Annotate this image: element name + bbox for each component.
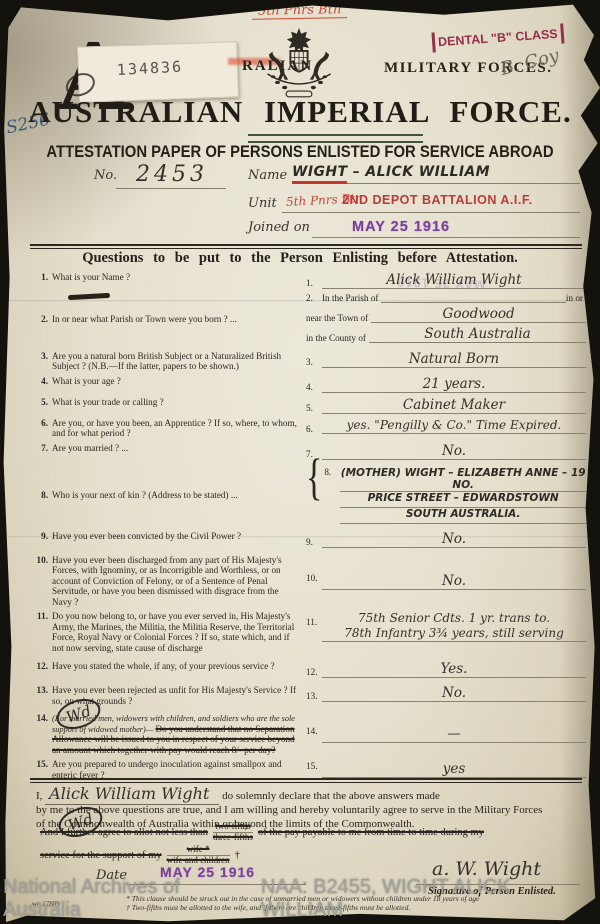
a11-number: 11. <box>306 611 322 642</box>
q8-number: 8. <box>30 490 52 500</box>
title-underline <box>248 134 423 143</box>
q3-number: 3. <box>30 351 52 372</box>
a4-answer: 21 years. <box>322 376 586 393</box>
option-three-fifths: three-fifths <box>213 833 253 843</box>
a3-number: 3. <box>306 351 322 368</box>
q12-text: Have you stated the whole, if any, of yo… <box>52 661 300 671</box>
declaration-line1: do solemnly declare that the above answe… <box>222 790 440 802</box>
q10-number: 10. <box>30 555 52 607</box>
q8-text: Who is your next of kin ? (Address to be… <box>52 490 300 500</box>
q4-text: What is your age ? <box>52 376 300 386</box>
attestation-document: 5th Pnrs Btn A 134836 RALIAN MILITARY FO… <box>0 0 600 924</box>
q1-text: What is your Name ? <box>52 272 300 282</box>
a5-answer: Cabinet Maker <box>322 397 586 414</box>
question-row-10: 10.Have you ever been discharged from an… <box>30 555 586 607</box>
q2-number: 2. <box>30 314 52 324</box>
question-row-11: 11.Do you now belong to, or have you eve… <box>30 611 586 653</box>
a2-parish-value <box>381 302 566 303</box>
joined-date-stamp: MAY 25 1916 <box>352 219 450 235</box>
a12-answer: Yes. <box>322 661 586 678</box>
questions-list: 1.What is your Name ? 1.Alick William Wi… <box>30 272 586 784</box>
q9-text: Have you ever been convicted by the Civi… <box>52 531 300 541</box>
no-value: 2453 <box>136 162 208 187</box>
a5-number: 5. <box>306 397 322 414</box>
a12-number: 12. <box>306 661 322 678</box>
section-divider <box>30 244 582 249</box>
a2-parish-suffix: in or <box>566 293 586 303</box>
a8-line2: PRICE STREET – EDWARDSTOWN <box>340 492 586 508</box>
unit-stamp: 2ND DEPOT BATTALION A.I.F. <box>342 193 533 207</box>
page-title: AUSTRALIAN IMPERIAL FORCE. <box>0 94 600 130</box>
a2-parish-label: In the Parish of <box>322 293 381 303</box>
unit-label: Unit <box>248 196 277 211</box>
question-row-13: 13.Have you ever been rejected as unfit … <box>30 685 586 706</box>
allotment-struck-1: And I further agree to allot not less th… <box>40 827 208 838</box>
name-surname: WIGHT <box>292 164 347 184</box>
questions-heading: Questions to be put to the Person Enlist… <box>0 250 600 267</box>
sticker-number: 134836 <box>116 58 183 79</box>
no-field-line <box>116 188 226 189</box>
q3-text: Are you a natural born British Subject o… <box>52 351 300 372</box>
declaration-name: Alick William Wight <box>45 784 219 805</box>
a15-number: 15. <box>306 761 322 778</box>
question-row-2: 2.In or near what Parish or Town were yo… <box>30 293 586 346</box>
question-row-6: 6.Are you, or have you been, an Apprenti… <box>30 418 586 439</box>
no-label: No. <box>94 168 117 183</box>
a2-town-label: near the Town of <box>306 313 371 323</box>
question-row-12: 12.Have you stated the whole, if any, of… <box>30 661 586 678</box>
dagger-mark: † <box>235 850 240 861</box>
question-row-3: 3.Are you a natural born British Subject… <box>30 351 586 372</box>
a11-line1: 75th Senior Cdts. 1 yr. trans to. <box>322 611 586 626</box>
a8-line1: (MOTHER) WIGHT – ELIZABETH ANNE – 19 NO. <box>340 467 586 492</box>
battalion-red-annotation: 5th Pnrs Btn <box>252 2 348 20</box>
a13-number: 13. <box>306 685 322 702</box>
a1-number: 1. <box>306 272 322 289</box>
joined-label: Joined on <box>248 220 310 235</box>
q13-number: 13. <box>30 685 52 706</box>
a4-number: 4. <box>306 376 322 393</box>
question-row-4: 4.What is your age ? 4.21 years. <box>30 376 586 393</box>
a11-line2: 78th Infantry 3¾ years, still serving <box>322 626 586 642</box>
q5-number: 5. <box>30 397 52 407</box>
q7-number: 7. <box>30 443 52 453</box>
a10-answer: No. <box>322 573 586 590</box>
q12-number: 12. <box>30 661 52 671</box>
a15-answer: yes <box>322 761 586 778</box>
declaration-pre: I, <box>36 790 42 802</box>
q11-text: Do you now belong to, or have you ever s… <box>52 611 300 653</box>
a8-line3: SOUTH AUSTRALIA. <box>340 508 586 524</box>
archive-name: National Archives of Australia <box>3 876 261 922</box>
a2-county-label: in the County of <box>306 333 369 343</box>
a8-number: 8. <box>324 467 340 524</box>
q6-number: 6. <box>30 418 52 439</box>
a3-answer: Natural Born <box>322 351 586 368</box>
allotment-wife-options: wife * wife and children <box>167 845 230 866</box>
a14-answer: — <box>322 726 586 743</box>
question-row-14: 14.(For married men, widowers with child… <box>30 713 586 755</box>
a13-answer: No. <box>322 685 586 702</box>
answer-brace: { <box>306 453 322 539</box>
q10-text: Have you ever been discharged from any p… <box>52 555 300 607</box>
q5-text: What is your trade or calling ? <box>52 397 300 407</box>
question-row-8: 8.Who is your next of kin ? (Address to … <box>30 467 586 524</box>
a10-number: 10. <box>306 573 322 590</box>
unit-field-line <box>282 212 580 213</box>
a2-town-value: Goodwood <box>371 306 586 323</box>
name-given: – ALICK WILLIAM <box>353 164 490 180</box>
declaration-divider <box>30 778 582 783</box>
a14-number: 14. <box>306 726 322 743</box>
allotment-struck-2: of the pay payable to me from time to ti… <box>258 827 484 838</box>
question-row-1: 1.What is your Name ? 1.Alick William Wi… <box>30 272 586 289</box>
q1-number: 1. <box>30 272 52 282</box>
q6-text: Are you, or have you been, an Apprentice… <box>52 418 300 439</box>
page-subtitle: ATTESTATION PAPER OF PERSONS ENLISTED FO… <box>30 143 570 162</box>
joined-field-line <box>312 237 580 238</box>
a9-answer: No. <box>322 531 586 548</box>
question-row-5: 5.What is your trade or calling ? 5.Cabi… <box>30 397 586 414</box>
q7-text: Are you married ? ... <box>52 443 300 453</box>
a2-number: 2. <box>306 293 322 303</box>
archive-overlay: National Archives of Australia NAA: B245… <box>0 876 600 922</box>
a1-answer: Alick William Wight <box>322 272 586 289</box>
a7-answer: No. <box>322 443 586 460</box>
q4-number: 4. <box>30 376 52 386</box>
q11-number: 11. <box>30 611 52 653</box>
name-label: Name <box>248 168 287 183</box>
q2-text: In or near what Parish or Town were you … <box>52 314 300 324</box>
a6-number: 6. <box>306 418 322 434</box>
declaration-line2: by me to the above questions are true, a… <box>36 804 542 816</box>
q9-number: 9. <box>30 531 52 541</box>
a6-answer: yes. "Pengilly & Co." Time Expired. <box>322 418 586 434</box>
allotment-fraction-options: two-fifths three-fifths <box>213 822 253 843</box>
archive-reference: NAA: B2455, WIGHT ALICK WILLIAM <box>261 876 597 922</box>
name-value: WIGHT – ALICK WILLIAM <box>292 164 580 184</box>
allotment-struck-3: service for the support of my <box>40 850 162 861</box>
a2-county-value: South Australia <box>369 326 586 343</box>
q14-number: 14. <box>30 713 52 755</box>
